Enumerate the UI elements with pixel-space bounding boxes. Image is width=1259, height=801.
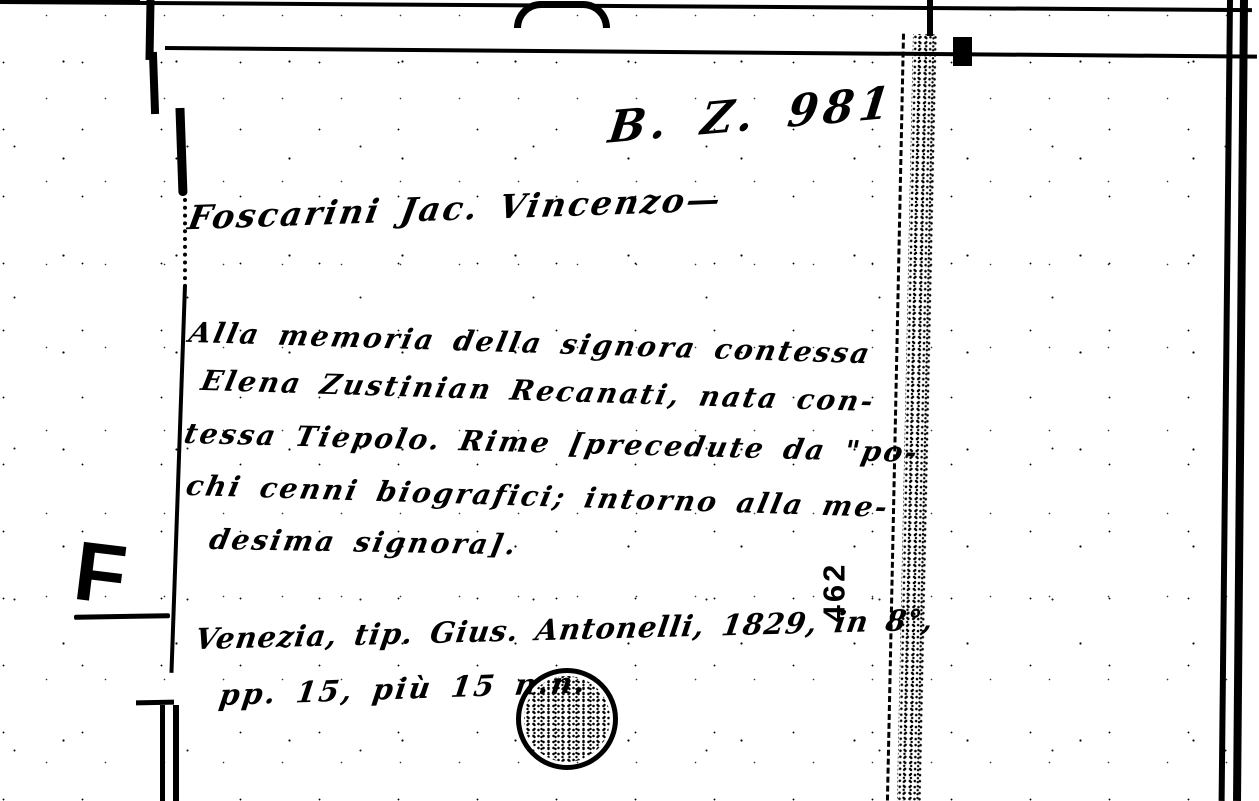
gutter bbox=[877, 33, 945, 801]
rule-top-inner-right bbox=[165, 46, 1257, 59]
shelfmark: B. Z. 981 bbox=[606, 77, 898, 154]
body-line: tessa Tiepolo. Rime [precedute da "po- bbox=[181, 417, 922, 469]
left-border-blob bbox=[149, 52, 159, 114]
stamp-number-text: 462 bbox=[816, 562, 852, 623]
body-line: desima signora]. bbox=[207, 523, 522, 561]
left-border-bottom-2 bbox=[173, 705, 179, 801]
right-edge-line-1 bbox=[1219, 0, 1233, 801]
guide-letter: F bbox=[70, 528, 131, 618]
ink-stamp-circle bbox=[516, 668, 618, 770]
body-line: chi cenni biografici; intorno alla me- bbox=[183, 469, 893, 524]
stamp-number: 462 bbox=[806, 548, 862, 636]
gutter-top-stub bbox=[927, 0, 933, 36]
scan-page: B. Z. 981 Foscarini Jac. Vincenzo— Alla … bbox=[0, 0, 1259, 801]
rule-top-inner-left bbox=[0, 0, 140, 4]
gutter-speckle-band bbox=[897, 34, 937, 801]
gutter-ink-blob bbox=[953, 37, 972, 66]
rule-top-outer bbox=[0, 0, 1252, 12]
body-line: Alla memoria della signora contessa bbox=[186, 316, 875, 370]
card-heading: Foscarini Jac. Vincenzo— bbox=[185, 179, 726, 237]
left-border-dotted bbox=[183, 198, 187, 288]
left-border-tick bbox=[136, 700, 174, 706]
guide-letter-underline bbox=[74, 613, 170, 620]
left-border-line bbox=[169, 285, 187, 673]
left-border-upper bbox=[175, 108, 187, 196]
body-line: Elena Zustinian Recanati, nata con- bbox=[198, 364, 878, 418]
right-edge-line-2 bbox=[1233, 0, 1248, 801]
top-edge-bump bbox=[514, 1, 610, 28]
left-border-bottom-1 bbox=[160, 705, 165, 801]
